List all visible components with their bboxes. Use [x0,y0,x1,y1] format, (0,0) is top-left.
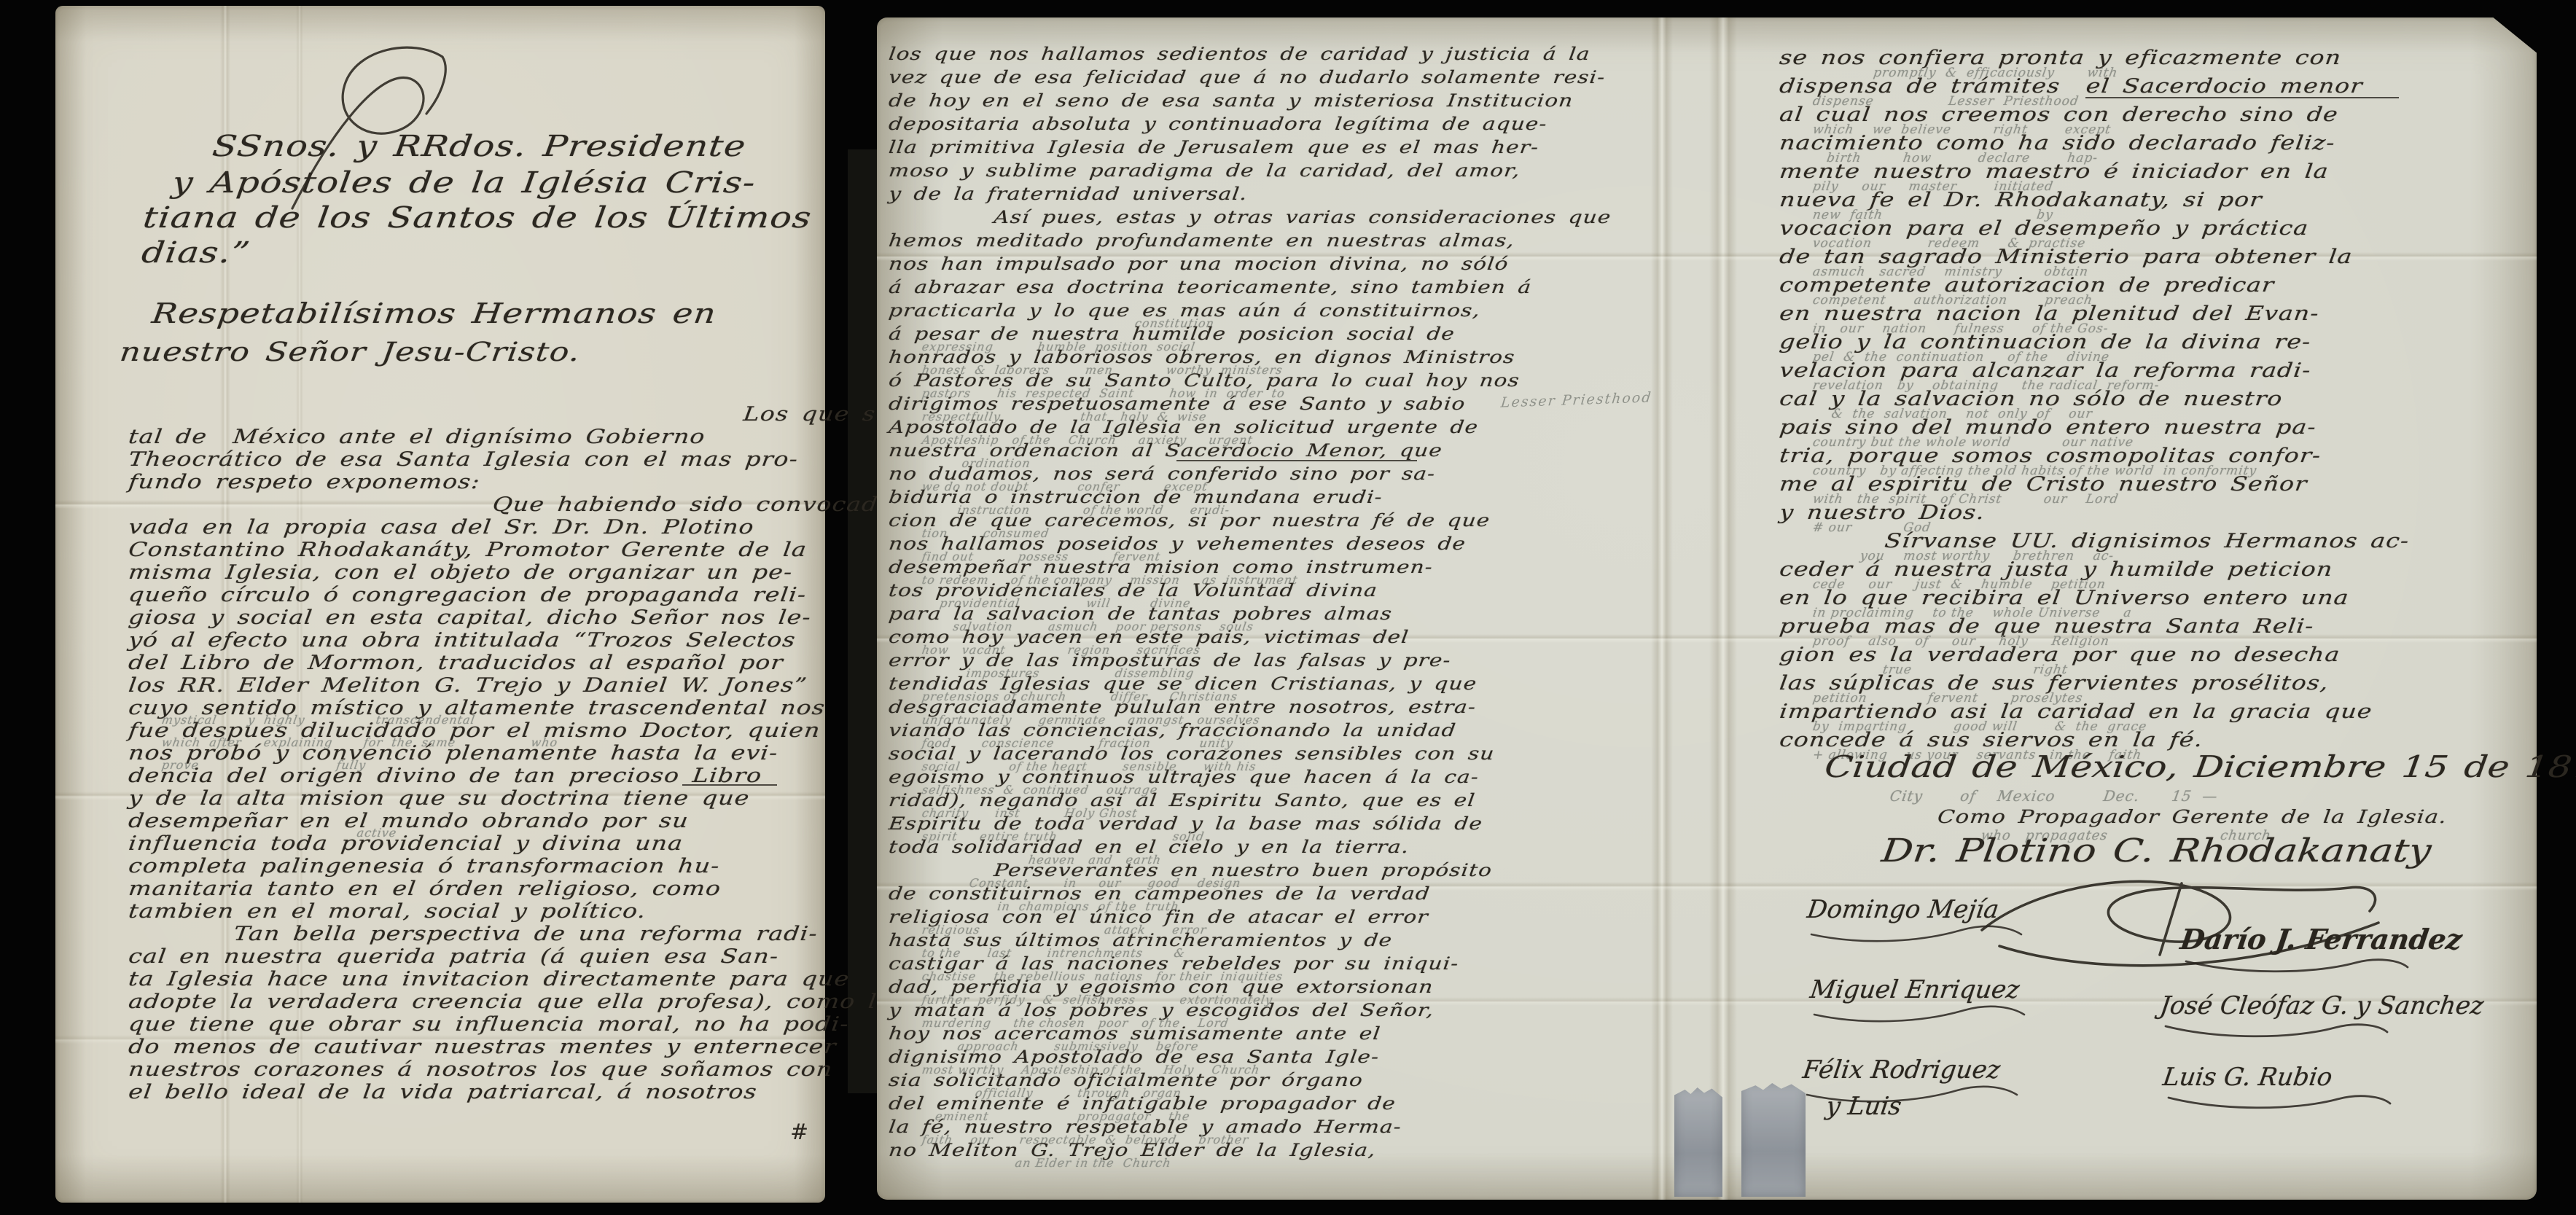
manuscript-page-1: SSnos. y RRdos. Presidente y Apóstoles d… [55,6,825,1203]
ink-text: lla primitiva Iglesia de Jerusalem que e… [888,137,1540,157]
signature: José Cleófaz G. y Sanchez [2160,991,2483,1041]
manuscript-line: á pesar de nuestra humilde posicion soci… [889,324,1658,347]
manuscript-line: tal de México ante el dignísimo Gobierno [128,426,821,448]
manuscript-line: me al espiritu de Cristo nuestro Señor w… [1779,473,2523,501]
signature: Darío J. Ferrandez [2180,923,2462,976]
manuscript-line: desempeñar en el mundo obrando por su ac… [128,810,821,832]
manuscript-line: y de la fraternidad universal. [889,184,1658,207]
manuscript-line: ó Pastores de su Santo Culto, para lo cu… [889,370,1658,394]
manuscript-line: vada en la propia casa del Sr. Dr. Dn. P… [128,516,821,539]
ink-text: tambien en el moral, social y político. [127,900,647,923]
page-2-body-text: los que nos hallamos sedientos de carida… [889,44,1658,1163]
ink-text: tal de México ante el dignísimo Gobierno [127,426,706,448]
manuscript-line: Espiritu de toda verdad y la base mas só… [889,813,1658,837]
signature-text: y Luis [1824,1092,1903,1121]
ink-text: Constantino Rhodakanáty, Promotor Gerent… [127,539,808,561]
manuscript-line: de tan sagrado Ministerio para obtener l… [1779,246,2523,274]
manuscript-line: tambien en el moral, social y político. [128,900,821,923]
manuscript-line: error y de las imposturas de las falsas … [889,650,1658,673]
manuscript-line: honrados y laboriosos obreros, en dignos… [889,347,1658,370]
manuscript-line: para la salvacion de tantas pobres almas… [889,603,1658,627]
ink-text: Como Propagador Gerente de la Iglesia. [1937,806,2448,827]
ink-text: moso y sublime paradigma de la caridad, … [888,160,1522,181]
manuscript-line: hemos meditado profundamente en nuestras… [889,230,1658,254]
letter-addressee-line: tiana de los Santos de los Últimos [143,201,691,235]
manuscript-line: desgraciadamente pululan entre nosotros,… [889,697,1658,720]
signature: y Luis [1826,1092,1901,1121]
manuscript-line: Theocrático de esa Santa Iglesia con el … [128,448,821,471]
ink-text: adopte la verdadera creencia que ella pr… [127,991,893,1013]
signature: Domingo Mejía [1807,895,2026,945]
manuscript-line: los que nos hallamos sedientos de carida… [889,44,1658,67]
manuscript-line: Así pues, estas y otras varias considera… [889,207,1658,230]
manuscript-line: sia solicitando oficialmente por órgano … [889,1070,1658,1093]
manuscript-line: Apostolado de la Iglesia en solicitud ur… [889,417,1658,440]
manuscript-line: cuyo sentido místico y altamente trascen… [128,697,821,719]
signature-text: José Cleófaz G. y Sanchez [2158,991,2486,1020]
center-fold-crease [1709,17,1737,1200]
ink-text: depositaria absoluta y continuadora legí… [888,114,1549,134]
manuscript-line: desempeñar nuestra mision como instrumen… [889,557,1658,580]
manuscript-line: y matan á los pobres y escogidos del Señ… [889,1000,1658,1023]
manuscript-line: vocacion para el desempeño y práctica vo… [1779,217,2523,246]
manuscript-line: la fé, nuestro respetable y amado Herma-… [889,1117,1658,1140]
ink-text: nos han impulsado por una mocion divina,… [888,254,1510,274]
manuscript-line: gion es la verdadera por que no desecha … [1779,644,2523,672]
ink-text: giosa y social en esta capital, dicho Se… [127,606,812,629]
scanned-document-canvas: SSnos. y RRdos. Presidente y Apóstoles d… [0,0,2576,1215]
ink-text: tiana de los Santos de los Últimos [141,201,814,235]
ink-text: queño círculo ó congregacion de propagan… [127,584,808,606]
manuscript-line: de constituirnos en campeones de la verd… [889,883,1658,907]
ink-text: Respetabilísimos Hermanos en [150,297,719,329]
signature: Luis G. Rubio [2163,1063,2396,1112]
ink-text: cal en nuestra querida patria (á quien e… [127,945,780,968]
manuscript-line: competente autorizacion de predicar comp… [1779,274,2523,302]
pencil-annotation: an Elder in the Church [921,1156,1172,1170]
signature-text: Darío J. Ferrandez [2178,923,2464,956]
manuscript-line: de hoy en el seno de esa santa y misteri… [889,90,1658,114]
ink-text: SSnos. y RRdos. Presidente [211,130,749,163]
manuscript-line: do menos de cautivar nuestras mentes y e… [128,1036,821,1058]
manuscript-line: nuestra ordenacion al Sacerdocio Menor, … [889,440,1658,464]
manuscript-line: en lo que recibira el Universo entero un… [1779,587,2523,615]
manuscript-line: fundo respeto exponemos: [128,471,821,493]
manuscript-line: gelio y la continuacion de la divina re-… [1779,331,2523,359]
ink-text: el bello ideal de la vida patriarcal, á … [127,1081,758,1103]
ink-text: completa palingenesia ó transformacion h… [127,855,721,878]
manuscript-line: del Libro de Mormon, traducidos al españ… [128,652,821,674]
signature-text: Luis G. Rubio [2161,1063,2334,1092]
manuscript-line: que tiene que obrar su influencia moral,… [128,1013,821,1036]
manuscript-line: velacion para alcanzar la reforma radi- … [1779,359,2523,388]
manuscript-line: biduria o instruccion de mundana erudi- … [889,487,1658,510]
ink-text: fundo respeto exponemos: [127,471,481,493]
manuscript-line: cal en nuestra querida patria (á quien e… [128,945,821,968]
manuscript-line: adopte la verdadera creencia que ella pr… [128,991,821,1013]
ink-text: que tiene que obrar su influencia moral,… [127,1013,850,1036]
manuscript-line: tria, porque somos cosmopolitas confor- … [1779,445,2523,473]
manuscript-line: lla primitiva Iglesia de Jerusalem que e… [889,137,1658,160]
manuscript-line: nos probó y convenció plenamente hasta l… [128,742,821,765]
manuscript-line: cal y la salvacion no sólo de nuestro & … [1779,388,2523,416]
manuscript-line: religiosa con el único fin de atacar el … [889,907,1658,930]
manuscript-line: como hoy yacen en este pais, victimas de… [889,627,1658,650]
manuscript-line: manitaria tanto en el órden religioso, c… [128,878,821,900]
ink-text: nuestro Señor Jesu-Cristo. [118,337,582,367]
manuscript-line: del eminente é infatigable propagador de… [889,1093,1658,1117]
letter-addressee-line: SSnos. y RRdos. Presidente [212,130,649,163]
manuscript-line: tendidas Iglesias que se dicen Cristiana… [889,673,1658,697]
manuscript-line: dignisimo Apostolado de esa Santa Igle- … [889,1047,1658,1070]
ink-text: hemos meditado profundamente en nuestras… [888,230,1516,251]
salutation-line: nuestro Señor Jesu-Cristo. [120,337,497,367]
manuscript-line: las súplicas de sus fervientes prosélito… [1779,672,2523,700]
dateline: Ciudad de México, Diciembre 15 de 1878. … [1824,749,2484,784]
manuscript-line: vez que de esa felicidad que á no dudarl… [889,67,1658,90]
manuscript-line: giosa y social en esta capital, dicho Se… [128,606,821,629]
manuscript-line: nos hallamos poseidos y vehementes deseo… [889,534,1658,557]
ink-text: y de la alta mision que su doctrina tien… [127,787,751,810]
manuscript-line: nacimiento como ha sido declarado feliz-… [1779,132,2523,160]
manuscript-line: depositaria absoluta y continuadora legí… [889,114,1658,137]
tape-residue-mark [1674,1087,1722,1197]
letter-addressee-line: y Apóstoles de la Iglésia Cris- [172,166,650,200]
manuscript-line: influencia toda providencial y divina un… [128,832,821,855]
manuscript-line: prueba mas de que nuestra Santa Reli- pr… [1779,615,2523,644]
ink-text: vez que de esa felicidad que á no dudarl… [888,67,1607,87]
manuscript-line: y de la alta mision que su doctrina tien… [128,787,821,810]
manuscript-line: en nuestra nacion la plenitud del Evan- … [1779,302,2523,331]
manuscript-line: fue despues dilucidado por el mismo Doct… [128,719,821,742]
manuscript-line: cion de que carecemos, si por nuestra fé… [889,510,1658,534]
ink-text: dias.” [140,236,252,270]
page-3-body-text: se nos confiera pronta y eficazmente con… [1779,47,2523,757]
ink-text: á abrazar esa doctrina teoricamente, sin… [888,277,1533,297]
manuscript-line: se nos confiera pronta y eficazmente con… [1779,47,2523,75]
ink-text: influencia toda providencial y divina un… [127,832,684,855]
ink-text: vada en la propia casa del Sr. Dr. Dn. P… [127,516,755,539]
principal-signature: Dr. Plotino C. Rhodakanaty [1881,832,2332,870]
manuscript-line: el bello ideal de la vida patriarcal, á … [128,1081,821,1103]
manuscript-line: egoismo y continuos ultrajes que hacen á… [889,767,1658,790]
manuscript-line: viando las conciencias, fraccionando la … [889,720,1658,743]
manuscript-line: queño círculo ó congregacion de propagan… [128,584,821,606]
manuscript-line: dencia del origen divino de tan precioso… [128,765,821,787]
ink-underline [1176,460,1417,461]
letter-addressee-line: dias.” [141,236,230,270]
ink-text: nuestros corazones á nosotros los que so… [127,1058,834,1081]
manuscript-line: los RR. Elder Meliton G. Trejo y Daniel … [128,674,821,697]
manuscript-line: completa palingenesia ó transformacion h… [128,855,821,878]
ink-text: Tan bella perspectiva de una reforma rad… [174,923,819,945]
page-1-body-text: Los que suscribimos Vecinos de la Capi- … [128,403,821,1103]
manuscript-line: á abrazar esa doctrina teoricamente, sin… [889,277,1658,300]
signature-text: Domingo Mejía [1806,895,2001,924]
manuscript-line: toda solidaridad en el cielo y en la tie… [889,837,1658,860]
signature-text: Dr. Plotino C. Rhodakanaty [1879,832,2433,870]
ink-text: del Libro de Mormon, traducidos al españ… [127,652,784,674]
ink-text: los que nos hallamos sedientos de carida… [888,44,1592,64]
ink-text: misma Iglesia, con el objeto de organiza… [127,561,794,584]
ink-text: yó al efecto una obra intitulada “Trozos… [127,629,797,652]
ink-text: ta Iglesia hace una invitacion directame… [127,968,851,991]
ink-text: Theocrático de esa Santa Iglesia con el … [127,448,800,471]
signature-text: Miguel Enriquez [1808,975,2021,1004]
manuscript-line: no Meliton G. Trejo Elder de la Iglesia,… [889,1140,1658,1163]
manuscript-line: Que habiendo sido convocados á una junta… [128,493,821,516]
ink-underline [2085,97,2399,98]
manuscript-line: ceder á nuestra justa y humilde peticion… [1779,558,2523,587]
ink-text: Así pues, estas y otras varias considera… [935,207,1613,227]
ink-text: y Apóstoles de la Iglésia Cris- [171,166,758,200]
manuscript-line: practicarla y lo que es mas aún á consti… [889,300,1658,324]
page-continuation-mark: # [790,1120,808,1145]
ink-text: dencia del origen divino de tan precioso… [127,765,763,787]
manuscript-line: social y lacerando los corazones sensibl… [889,743,1658,767]
manuscript-line: nos han impulsado por una mocion divina,… [889,254,1658,277]
manuscript-line: Los que suscribimos Vecinos de la Capi- [128,403,821,426]
manuscript-line: nuestros corazones á nosotros los que so… [128,1058,821,1081]
manuscript-line: Constantino Rhodakanáty, Promotor Gerent… [128,539,821,561]
signature-text: Félix Rodriguez [1801,1055,2002,1085]
manuscript-line: hoy nos acercamos sumisamente ante el ap… [889,1023,1658,1047]
manuscript-line: impartiendo asi la caridad en la gracia … [1779,700,2523,729]
manuscript-line: dad, perfidia y egoismo con que extorsio… [889,977,1658,1000]
signer-role-line: Como Propagador Gerente de la Iglesia. w… [1937,806,2355,827]
pencil-annotation: City of Mexico Dec. 15 — [1889,787,2219,805]
ink-text: do menos de cautivar nuestras mentes y e… [127,1036,838,1058]
signature-block: Domingo Mejía Miguel Enriquez Félix Rodr… [1781,889,2524,1203]
ink-text: manitaria tanto en el órden religioso, c… [127,878,722,900]
manuscript-line: Perseverantes en nuestro buen propósito … [889,860,1658,883]
manuscript-line: mente nuestro maestro é iniciador en la … [1779,160,2523,189]
manuscript-line: castigar á las naciones rebeldes por su … [889,953,1658,977]
ink-text: Ciudad de México, Diciembre 15 de 1878. [1823,749,2576,784]
manuscript-line: ta Iglesia hace una invitacion directame… [128,968,821,991]
ink-text: de hoy en el seno de esa santa y misteri… [888,90,1575,111]
ink-text: los RR. Elder Meliton G. Trejo y Daniel … [127,674,808,697]
manuscript-line: nueva fe el Dr. Rhodakanaty, si por new … [1779,189,2523,217]
ink-underline [682,784,777,786]
manuscript-line: yó al efecto una obra intitulada “Trozos… [128,629,821,652]
signature: Miguel Enriquez [1810,975,2029,1025]
manuscript-line: tos providenciales de la Voluntad divina… [889,580,1658,603]
manuscript-line: Tan bella perspectiva de una reforma rad… [128,923,821,945]
manuscript-line: dispensa de trámites el Sacerdocio menor… [1779,75,2523,103]
salutation-line: Respetabilísimos Hermanos en [152,297,614,329]
manuscript-line: Sírvanse UU. dignisimos Hermanos ac- you… [1779,530,2523,558]
manuscript-line: hasta sus últimos atrincheramientos y de… [889,930,1658,953]
manuscript-line: pais sino del mundo entero nuestra pa- c… [1779,416,2523,445]
manuscript-pages-2-3: los que nos hallamos sedientos de carida… [877,17,2537,1200]
manuscript-line: misma Iglesia, con el objeto de organiza… [128,561,821,584]
manuscript-line: y nuestro Dios. # our God [1779,501,2523,530]
manuscript-line: ridad), negando asi al Espiritu Santo, q… [889,790,1658,813]
ink-text: y de la fraternidad universal. [888,184,1249,204]
manuscript-line: al cual nos creemos con derecho sino de … [1779,103,2523,132]
manuscript-line: no dudamos, nos será conferido sino por … [889,464,1658,487]
manuscript-line: moso y sublime paradigma de la caridad, … [889,160,1658,184]
